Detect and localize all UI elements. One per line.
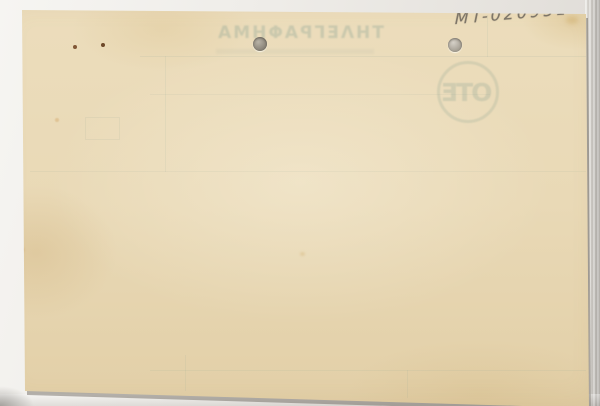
foxing-spot: [566, 16, 578, 24]
bleedthrough-line: [150, 94, 490, 95]
foxing-spot: [295, 6, 298, 11]
bleedthrough-line: [150, 370, 586, 371]
bleedthrough-line: [30, 171, 586, 172]
bleedthrough-line: [140, 56, 586, 57]
punch-hole-left: [253, 37, 267, 51]
bleedthrough-subtitle-smudge: [216, 49, 374, 54]
paper-sheet: ΤΗΛΕΓΡΑΦΗΜΑ OTE MT-020951: [0, 0, 600, 406]
bleedthrough-line: [185, 355, 186, 391]
ote-stamp: OTE: [437, 61, 499, 123]
foxing-spot: [17, 247, 24, 253]
punch-hole-right: [448, 38, 462, 52]
foxing-spot: [55, 118, 59, 122]
photo-background: ΤΗΛΕΓΡΑΦΗΜΑ OTE MT-020951: [0, 0, 600, 406]
bleedthrough-box: [85, 117, 120, 140]
bleedthrough-line: [165, 56, 166, 172]
bleedthrough-line: [407, 370, 408, 398]
ote-stamp-text: OTE: [443, 78, 492, 107]
foxing-spot: [300, 252, 305, 256]
handwritten-code: MT-020951: [455, 0, 575, 28]
foxing-spot: [10, 340, 20, 349]
bleedthrough-title: ΤΗΛΕΓΡΑΦΗΜΑ: [208, 23, 392, 43]
foxing-spot: [73, 45, 77, 49]
foxing-spot: [101, 43, 105, 47]
